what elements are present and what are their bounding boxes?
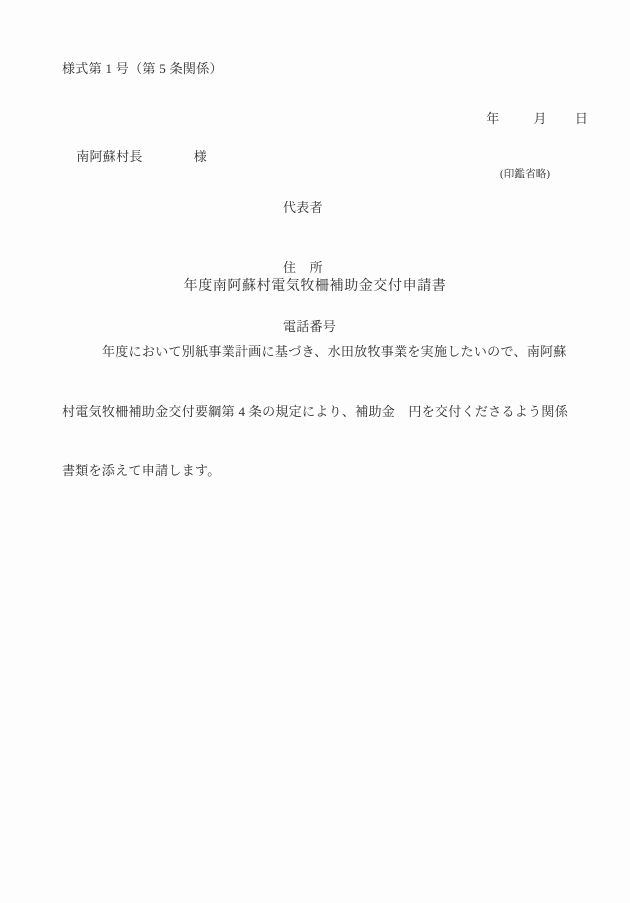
form-number: 様式第 1 号（第 5 条関係） (62, 61, 223, 77)
body-line: 年度において別紙事業計画に基づき、水田放牧事業を実施したいので、南阿蘇 (62, 338, 569, 366)
address-label: 住 所 (283, 254, 336, 282)
addressee-name: 南阿蘇村長 (76, 149, 143, 164)
year-label: 年 (486, 111, 499, 126)
date-line: 年月日 (472, 95, 588, 143)
addressee-line: 南阿蘇村長様 (62, 133, 207, 181)
representative-label: 代表者 (283, 194, 336, 222)
document-title: 年度南阿蘇村電気牧柵補助金交付申請書 (0, 279, 630, 295)
document-page: 様式第 1 号（第 5 条関係） 年月日 南阿蘇村長様 代表者 住 所 電話番号… (0, 0, 630, 903)
body-paragraph: 年度において別紙事業計画に基づき、水田放牧事業を実施したいので、南阿蘇 村電気牧… (62, 306, 569, 517)
body-line: 村電気牧柵補助金交付要綱第 4 条の規定により、補助金 円を交付くださるよう関係 (62, 398, 569, 426)
day-label: 日 (575, 111, 588, 126)
addressee-honorific: 様 (194, 149, 207, 164)
seal-note: (印鑑省略) (500, 168, 550, 182)
month-label: 月 (534, 111, 547, 126)
body-line: 書類を添えて申請します。 (62, 457, 569, 485)
